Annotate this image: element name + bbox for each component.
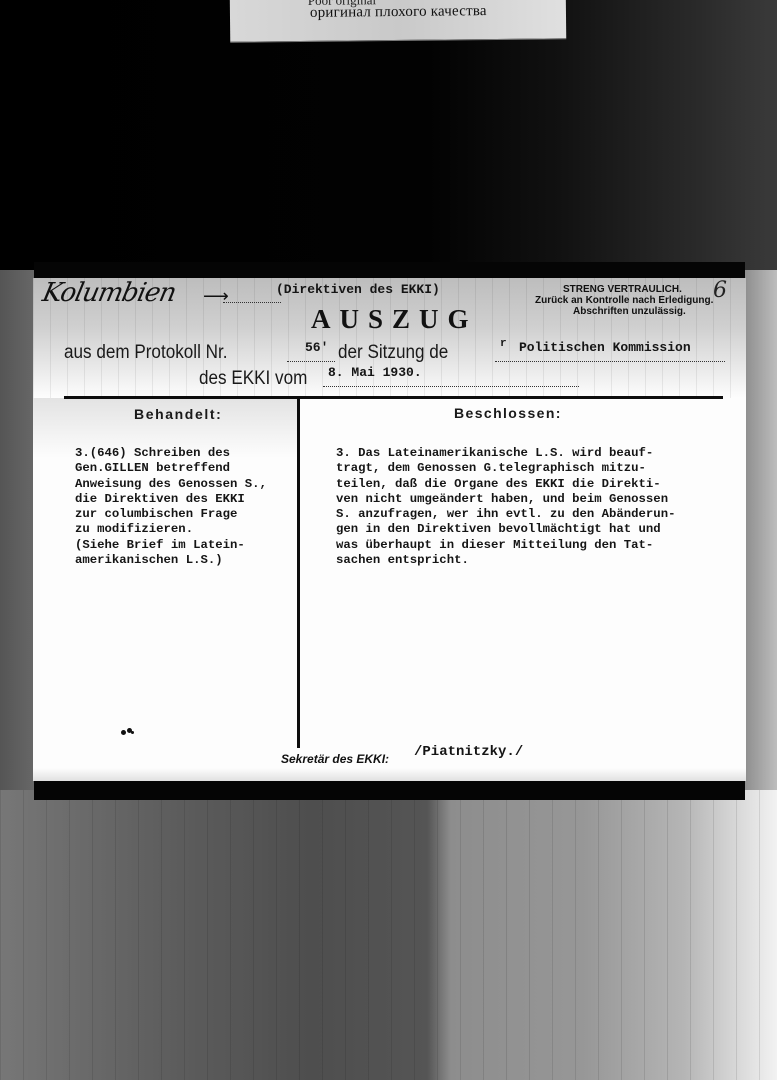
document-title: AUSZUG: [311, 304, 478, 335]
column-heading-treated: Behandelt:: [134, 406, 222, 422]
handwritten-page-number: 6: [713, 278, 727, 303]
session-suffix: r: [500, 338, 507, 350]
confidential-stamp-line1: STRENG VERTRAULICH.: [563, 284, 682, 295]
notice-line-russian: оригинал плохого качества: [310, 3, 487, 22]
commission-name: Politischen Kommission: [519, 340, 691, 355]
confidential-stamp-line2: Zurück an Kontrolle nach Erledigung.: [535, 295, 713, 306]
column-divider: [297, 398, 300, 748]
confidential-stamp-line3: Abschriften unzulässig.: [573, 306, 686, 317]
scan-backdrop-right: [742, 270, 777, 800]
paper-texture-bottom: [33, 768, 746, 781]
protocol-number: 56': [305, 340, 328, 355]
poor-original-notice: Poor original оригинал плохого качества: [230, 0, 566, 43]
dotted-field-commission: [495, 361, 725, 362]
signature-label: Sekretär des EKKI:: [281, 752, 389, 766]
ink-spots: [121, 728, 135, 736]
column-heading-resolved: Beschlossen:: [454, 405, 562, 421]
scan-backdrop-bottom: [0, 790, 777, 1080]
protocol-extract-card: Kolumbien ⟶ (Direktiven des EKKI) AUSZUG…: [33, 278, 746, 781]
resolution-text: 3. Das Lateinamerikanische L.S. wird bea…: [336, 446, 675, 568]
header-rule: [64, 396, 723, 399]
ekki-date-label: des EKKI vom: [199, 368, 307, 390]
subject-line: (Direktiven des EKKI): [276, 282, 440, 297]
dotted-field-protocol: [287, 361, 335, 362]
handwritten-arrow-icon: ⟶: [203, 286, 229, 307]
session-label: der Sitzung de: [338, 342, 448, 364]
protocol-label: aus dem Protokoll Nr.: [64, 342, 227, 364]
treated-item-text: 3.(646) Schreiben des Gen.GILLEN betreff…: [75, 446, 267, 568]
session-date: 8. Mai 1930.: [328, 365, 422, 380]
signature-name: /Piatnitzky./: [414, 744, 523, 760]
dotted-leader: [223, 302, 281, 303]
handwritten-country: Kolumbien: [40, 278, 179, 308]
dotted-field-date: [323, 386, 579, 387]
